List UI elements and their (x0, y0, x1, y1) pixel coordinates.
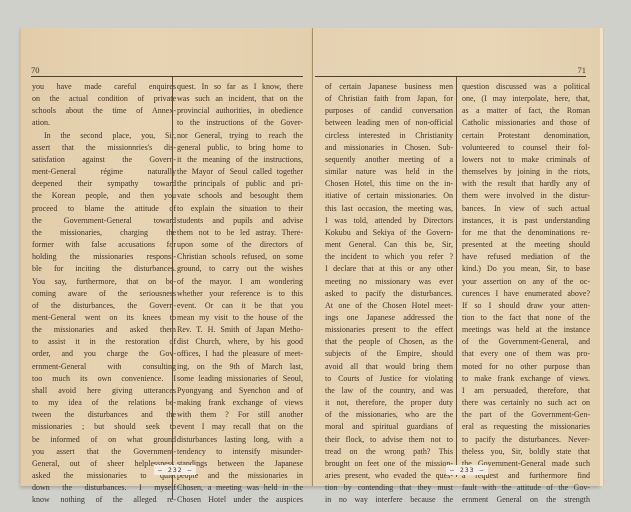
text-line: you have made careful enquires (32, 81, 176, 93)
text-line: the Mayor of Seoul called together (177, 166, 303, 178)
text-line: upon some of the directors of (177, 239, 303, 251)
text-line: tween the disturbances and the (32, 409, 176, 421)
text-line: general public, to bring home to (177, 142, 303, 154)
column-divider (456, 77, 457, 477)
text-line: of the Government-General, and (462, 336, 590, 348)
text-line: have refused mediation of the (462, 251, 590, 263)
text-line: making frank exchange of views (177, 397, 303, 409)
text-line: that every one of them was pro- (462, 348, 590, 360)
page-number-label-left: – 232 – (154, 465, 196, 475)
text-line: to make frank exchange of views. (462, 373, 590, 385)
left-page: 70 you have made careful enquireson the … (20, 28, 313, 486)
text-line: students and pupils and advise (177, 215, 303, 227)
text-line: dist Church, where, by his good (177, 336, 303, 348)
text-line: them were involved in the distur- (462, 190, 590, 202)
text-line: them not to be led astray. There- (177, 227, 303, 239)
text-line: tendency to intensify misunder- (177, 446, 303, 458)
text-line: nor General, trying to reach the (177, 130, 303, 142)
text-line: If so I should draw your atten- (462, 300, 590, 312)
text-line: on the actual condition of private (32, 93, 176, 105)
text-line: aries present, who evaded the ques- (325, 470, 453, 482)
text-line: event I may recall that on the (177, 421, 303, 433)
page-number-label-right: – 233 – (446, 465, 488, 475)
right-column-b: question discussed was a politicalone, (… (462, 81, 590, 506)
text-line: missionaries present to the effect (325, 324, 453, 336)
text-line: Chosen Hotel under the auspices (177, 494, 303, 506)
text-line: disturbances lasting long, with a (177, 434, 303, 446)
text-line: their flock, to advise them not to (325, 434, 453, 446)
text-line: mean my visit to the house of the (177, 312, 303, 324)
text-line: itiative of certain missionaries. On (325, 190, 453, 202)
text-line: ing, on the 9th of March last, (177, 361, 303, 373)
text-line: curences I have enumerated above? (462, 288, 590, 300)
text-line: of the mayor. I am wondering (177, 276, 303, 288)
text-line: know nothing of the alleged re- (32, 494, 176, 506)
text-line: offices, I had the pleasure of meet- (177, 348, 303, 360)
page-folio-left: 70 (31, 65, 40, 75)
text-line: Pyongyang and Syenchon and of (177, 385, 303, 397)
text-line: too much its own convenience. I (32, 373, 176, 385)
text-line: order, and you charge the Gov- (32, 348, 176, 360)
text-line: themselves by joining in the riots, (462, 166, 590, 178)
text-line: meeting no missionary was ever (325, 276, 453, 288)
text-line: ation. (32, 117, 176, 129)
text-line: volunteered to counsel their fol- (462, 142, 590, 154)
text-line: between leading men of non-official (325, 117, 453, 129)
text-line: assert that the missionnries's dis- (32, 142, 176, 154)
text-line: eral as requesting the missionaries (462, 421, 590, 433)
text-line: the missionaries, charging the (32, 227, 176, 239)
text-line: Catholic missionaries and those of (462, 117, 590, 129)
text-line: to Courts of Justice for violating (325, 373, 453, 385)
text-line: it the meaning of the instructions, (177, 154, 303, 166)
text-line: it not, therefore, the proper duty (325, 397, 453, 409)
book-spread: 70 you have made careful enquireson the … (20, 28, 600, 488)
text-line: holding the missionaries responsi- (32, 251, 176, 263)
left-column-a: you have made careful enquireson the act… (32, 81, 176, 506)
text-line: subjects of the Empire, should (325, 348, 453, 360)
text-line: as a matter of fact, the Roman (462, 105, 590, 117)
text-line: moral and spiritual guardians of (325, 421, 453, 433)
text-line: In the second place, you, Sir, (32, 130, 176, 142)
header-rule (31, 76, 303, 77)
text-line: ment-General went on its knees to (32, 312, 176, 324)
text-line: bances. In view of such actual (462, 203, 590, 215)
text-line: fault with the attitude of the Gov- (462, 482, 590, 494)
text-line: for me that the denominations re- (462, 227, 590, 239)
left-column-b: quest. In so far as I know, therewas suc… (177, 81, 303, 506)
text-line: brought on feet one of the mission- (325, 458, 453, 470)
text-line: ernment General on the strength (462, 494, 590, 506)
text-line: coming aware of the seriousness (32, 288, 176, 300)
text-line: one, (I may interpolate, here, that, (462, 93, 590, 105)
text-line: meetings was held at the instance (462, 324, 590, 336)
text-line: quest. In so far as I know, there (177, 81, 303, 93)
text-line: deepened their sympathy toward (32, 178, 176, 190)
text-line: I was told, attended by Directors (325, 215, 453, 227)
text-line: of Christian faith from Japan, for (325, 93, 453, 105)
text-line: certain Protestant denomination, (462, 130, 590, 142)
text-line: proceed to blame the attitude of (32, 203, 176, 215)
page-edge (600, 28, 604, 486)
text-line: circless interested in Christianity (325, 130, 453, 142)
text-line: of the disturbances, the Govern- (32, 300, 176, 312)
text-line: tion by contending that they must (325, 482, 453, 494)
text-line: Chosen Hotel, this time on the in- (325, 178, 453, 190)
text-line: the principals of public and pri- (177, 178, 303, 190)
right-page: 71 of certain Japanese business menof Ch… (313, 28, 600, 486)
text-line: and missionaries in Chosen. Sub- (325, 142, 453, 154)
text-line: in no way interfere because the (325, 494, 453, 506)
text-line: the incident to which you refer ? (325, 251, 453, 263)
text-line: ble for inciting the disturbances. (32, 263, 176, 275)
text-line: similar nature was held in the (325, 166, 453, 178)
text-line: presented at the meeting should (462, 239, 590, 251)
text-line: avoid all that would bring them (325, 361, 453, 373)
text-line: the Korean people, and then you (32, 190, 176, 202)
text-line: whether your reference is to this (177, 288, 303, 300)
text-line: was such an incident, that on the (177, 93, 303, 105)
text-line: provincial authorities, in obedience (177, 105, 303, 117)
text-line: theless you, Sir, boldly state that (462, 446, 590, 458)
text-line: At one of the Chosen Hotel meet- (325, 300, 453, 312)
text-line: schools about the time of Annex- (32, 105, 176, 117)
text-line: sequently another meeting of a (325, 154, 453, 166)
text-line: your assertion on any of the oc- (462, 276, 590, 288)
text-line: satisfation against the Govern- (32, 154, 176, 166)
text-line: with them ? For still another (177, 409, 303, 421)
text-line: Chosen, a meeting was held in the (177, 482, 303, 494)
column-divider (172, 77, 173, 499)
text-line: you assert that the Government- (32, 446, 176, 458)
text-line: to pacify the disturbances. Never- (462, 434, 590, 446)
text-line: vate schools and besought them (177, 190, 303, 202)
text-line: I declare that at this or any other (325, 263, 453, 275)
text-line: ings one Japanese addressed the (325, 312, 453, 324)
text-line: instances, it is past understanding (462, 215, 590, 227)
right-column-a: of certain Japanese business menof Chris… (325, 81, 453, 506)
text-line: tread on the wrong path? This (325, 446, 453, 458)
header-rule (315, 76, 586, 77)
text-line: to the instructions of the Gover- (177, 117, 303, 129)
text-line: shall avoid here giving utterances (32, 385, 176, 397)
text-line: some leading missionaries of Seoul, (177, 373, 303, 385)
text-line: there was certainly no such act on (462, 397, 590, 409)
text-line: the Government-General toward (32, 215, 176, 227)
text-line: of certain Japanese business men (325, 81, 453, 93)
text-line: Rev. T. H. Smith of Japan Metho- (177, 324, 303, 336)
text-line: ment General. Can this be, Sir, (325, 239, 453, 251)
text-line: purposes of candid conversation (325, 105, 453, 117)
text-line: to explain the situation to their (177, 203, 303, 215)
text-line: with the result that hardly any of (462, 178, 590, 190)
text-line: the missionaries and asked them (32, 324, 176, 336)
text-line: ernment-General with consulting (32, 361, 176, 373)
text-line: event. Or can it be that you (177, 300, 303, 312)
page-folio-right: 71 (578, 65, 587, 75)
text-line: I am persuaded, therefore, that (462, 385, 590, 397)
text-line: the part of the Government-Gen- (462, 409, 590, 421)
text-line: question discussed was a political (462, 81, 590, 93)
text-line: You say, furthermore, that on be- (32, 276, 176, 288)
text-line: lowers not to make criminals of (462, 154, 590, 166)
text-line: that the people of Chosen, as the (325, 336, 453, 348)
text-line: Kokubu and Sekiya of the Govern- (325, 227, 453, 239)
text-line: ment-General régime naturally (32, 166, 176, 178)
text-line: down the disturbances. I myself (32, 482, 176, 494)
text-line: to my idea of the relations be- (32, 397, 176, 409)
text-line: kind.) Do you mean, Sir, to base (462, 263, 590, 275)
text-line: asked to pacify the disturbances. (325, 288, 453, 300)
text-line: former with false accusations for (32, 239, 176, 251)
text-line: ground, to carry out the wishes (177, 263, 303, 275)
text-line: be informed of on what ground (32, 434, 176, 446)
text-line: moted for no other purpose than (462, 361, 590, 373)
text-line: to assist it in the restoration of (32, 336, 176, 348)
text-line: of the missionaries, who are the (325, 409, 453, 421)
text-line: this last occasion, the meeting was, (325, 203, 453, 215)
text-line: the law of the country, and was (325, 385, 453, 397)
text-line: Christian schools refused, on some (177, 251, 303, 263)
text-line: tion to the fact that none of the (462, 312, 590, 324)
text-line: missionaries ; but should seek to (32, 421, 176, 433)
